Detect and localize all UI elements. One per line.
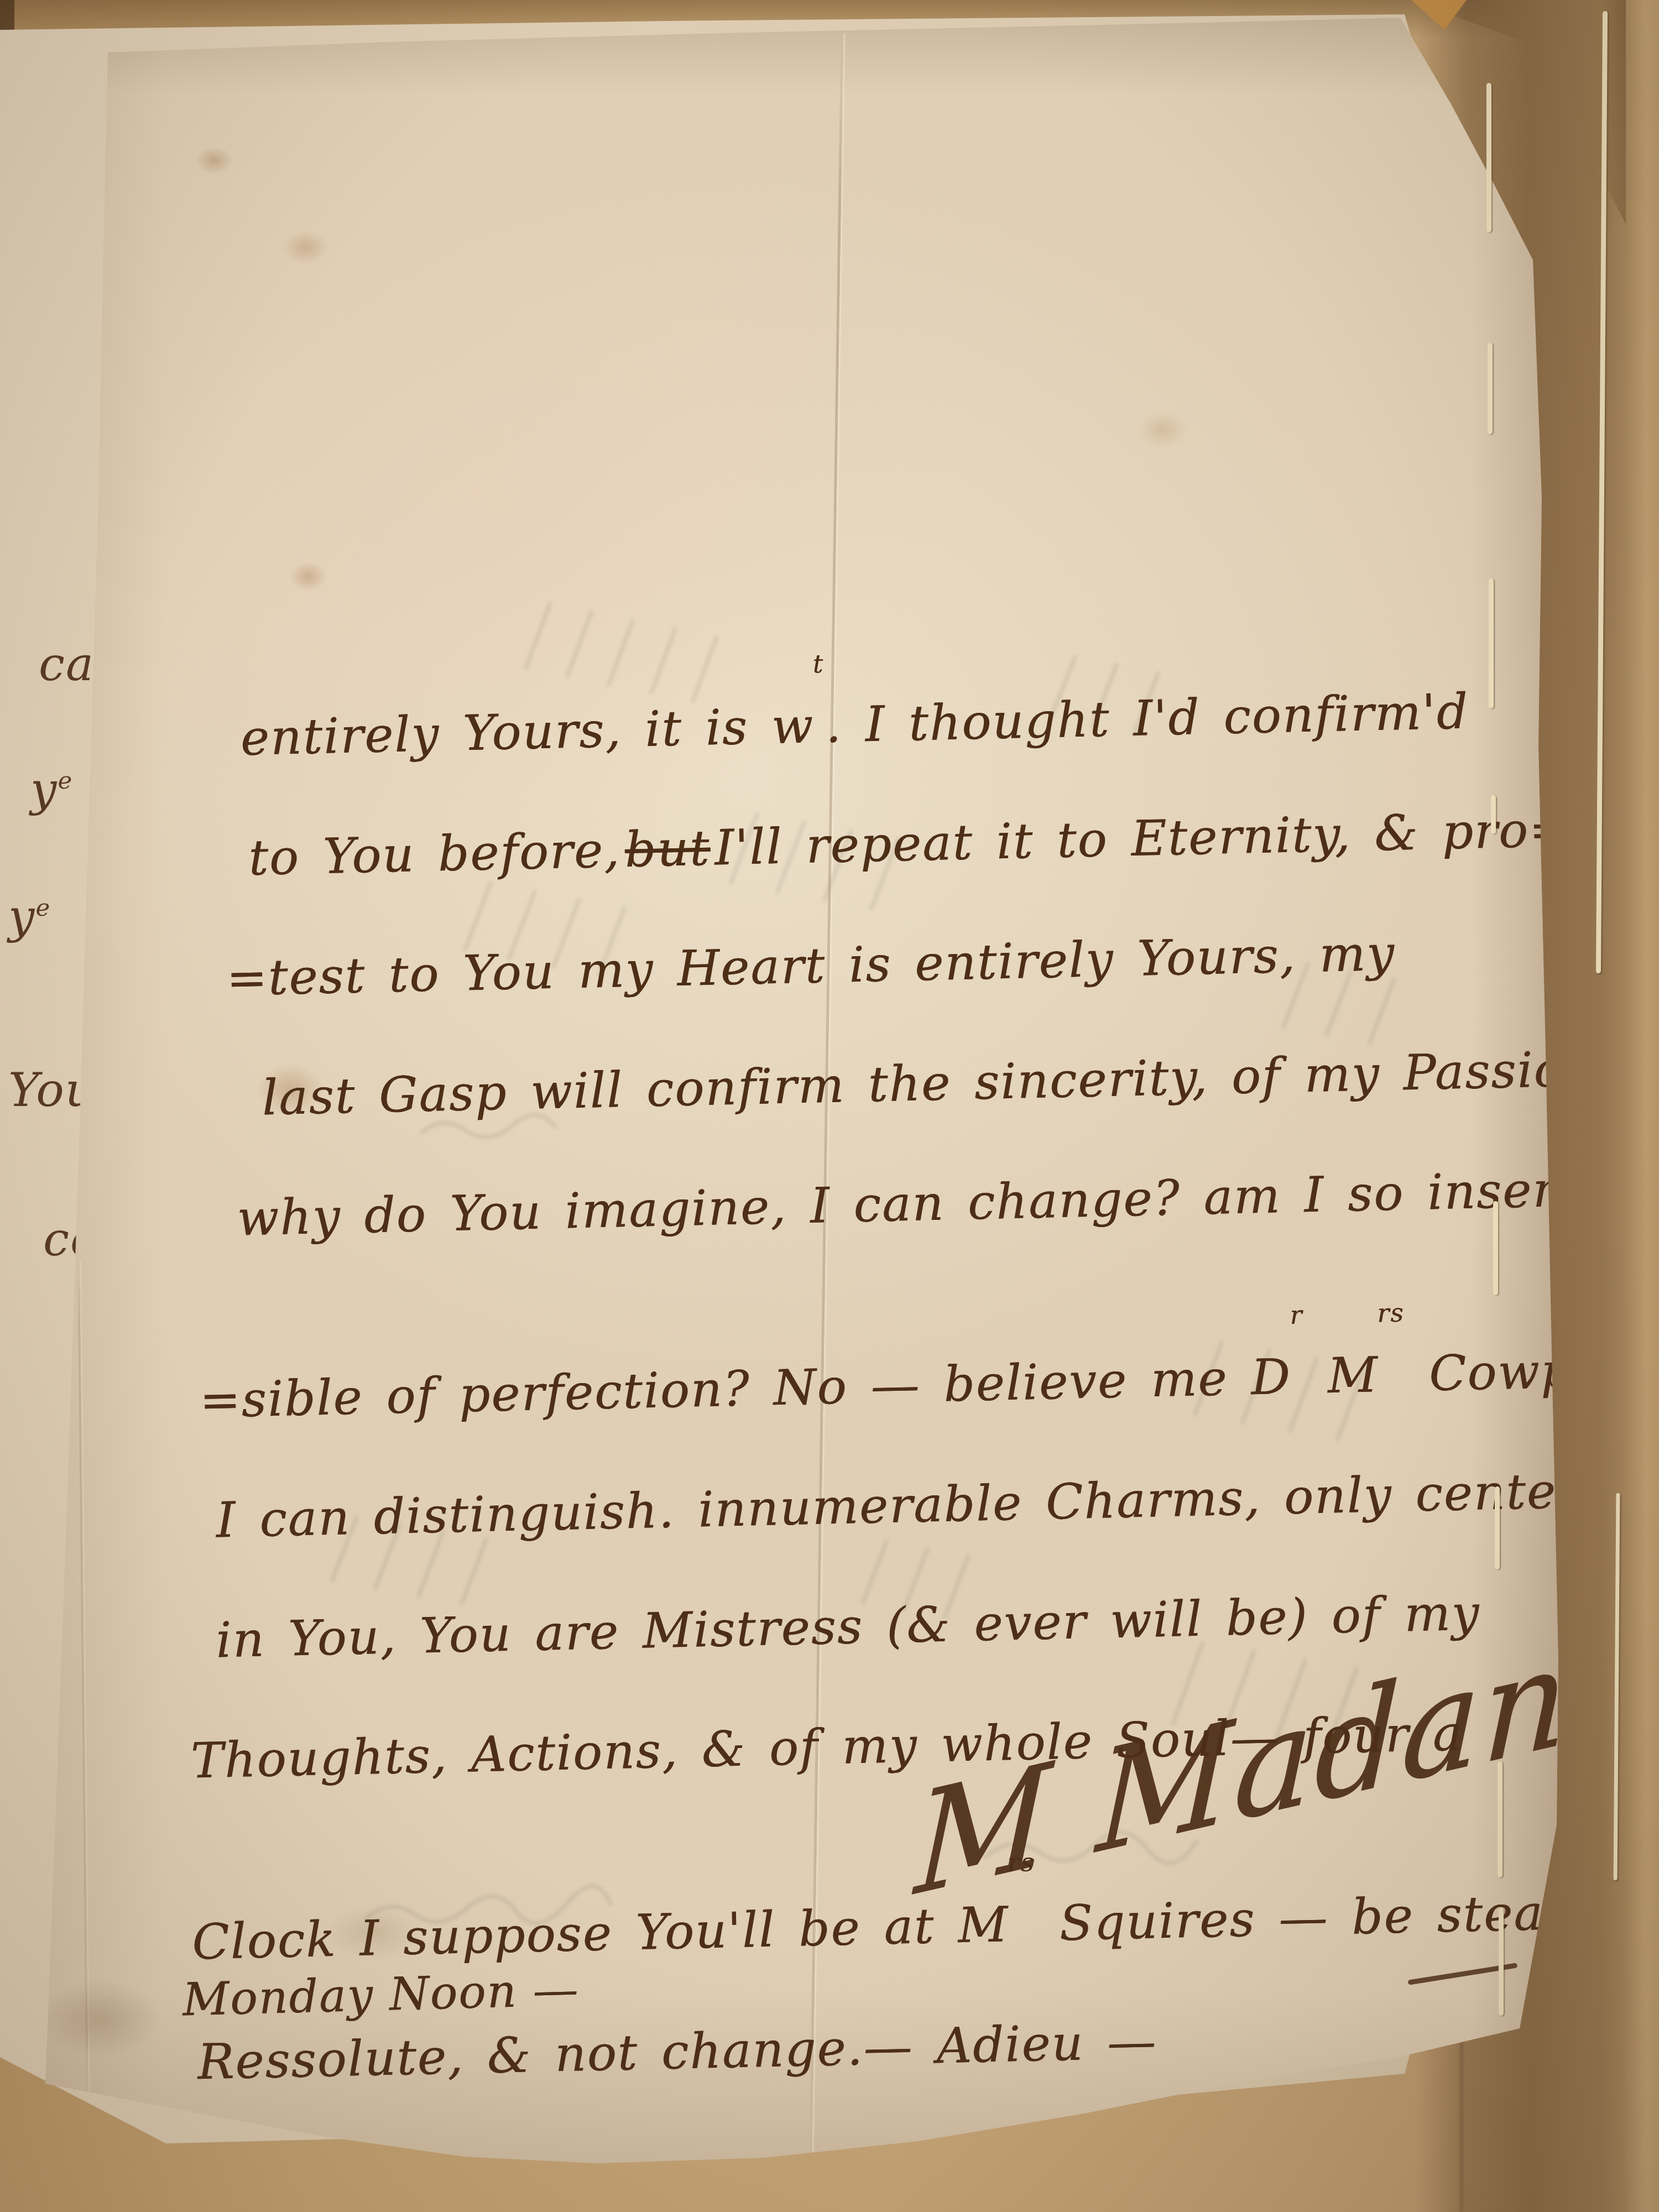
superscript: e bbox=[58, 766, 73, 795]
text-segment: I'll repeat it to Eternity, & pro= bbox=[714, 801, 1572, 877]
text-segment: y bbox=[8, 889, 35, 943]
stitch-thread-segment bbox=[1489, 578, 1494, 708]
stitch-thread-segment bbox=[1486, 83, 1491, 232]
photograph-of-letter-in-album: canyeyeYoucon bbox=[0, 0, 1659, 2212]
dateline: Monday Noon — bbox=[182, 1964, 580, 2027]
manuscript-line: entirely Yours, it is wt. I thought I'd … bbox=[238, 587, 1614, 798]
previous-page-word-fragment: ye bbox=[30, 762, 73, 816]
text-segment: y bbox=[30, 762, 58, 816]
text-segment: =test to You my Heart is entirely Yours,… bbox=[226, 925, 1396, 1007]
text-segment: =sible of perfection? No — believe me D bbox=[199, 1348, 1292, 1429]
previous-page-word-fragment: ye bbox=[8, 889, 51, 943]
stitch-thread-segment bbox=[1491, 795, 1496, 834]
text-segment: Squires — be steady, bbox=[1035, 1882, 1615, 1952]
text-segment: M bbox=[1303, 1346, 1379, 1405]
letter-sheet: entirely Yours, it is wt. I thought I'd … bbox=[0, 0, 1659, 2212]
stitch-thread-segment bbox=[1493, 1201, 1498, 1295]
manuscript-lines: entirely Yours, it is wt. I thought I'd … bbox=[166, 587, 1642, 2122]
text-segment: in You, You are Mistress (& ever will be… bbox=[215, 1584, 1480, 1668]
text-segment: to You before, bbox=[248, 821, 621, 886]
letter-body-text: entirely Yours, it is wt. I thought I'd … bbox=[166, 587, 1642, 2122]
stitch-thread-segment bbox=[1495, 1486, 1500, 1569]
superscript: rs bbox=[1377, 1298, 1405, 1328]
superscript: e bbox=[35, 894, 51, 922]
manuscript-line: =sible of perfection? No — believe me Dr… bbox=[197, 1248, 1628, 1460]
text-segment: . I thought I'd confirm'd bbox=[825, 683, 1469, 754]
superscript: t bbox=[812, 649, 825, 679]
struck-out-word: but bbox=[620, 819, 716, 878]
stitch-thread-segment bbox=[1488, 343, 1493, 434]
superscript: r bbox=[1290, 1300, 1303, 1330]
text-segment: Ressolute, & not change.— Adieu — bbox=[197, 2012, 1157, 2090]
text-segment: last Gasp will confirm the sincerity, of… bbox=[262, 1040, 1614, 1126]
text-segment: I can distinguish. innumerable Charms, o… bbox=[215, 1460, 1628, 1548]
album-right-page-edge bbox=[1626, 0, 1659, 2212]
stitch-thread-segment bbox=[1499, 1908, 1504, 2016]
album-crease bbox=[1460, 2041, 1463, 2212]
text-segment: entirely Yours, it is w bbox=[240, 697, 815, 766]
stitch-thread-segment bbox=[1498, 1761, 1503, 1877]
text-segment: why do You imagine, I can change? am I s… bbox=[237, 1160, 1608, 1246]
text-segment: Clock I suppose You'll be at M bbox=[191, 1896, 1009, 1970]
